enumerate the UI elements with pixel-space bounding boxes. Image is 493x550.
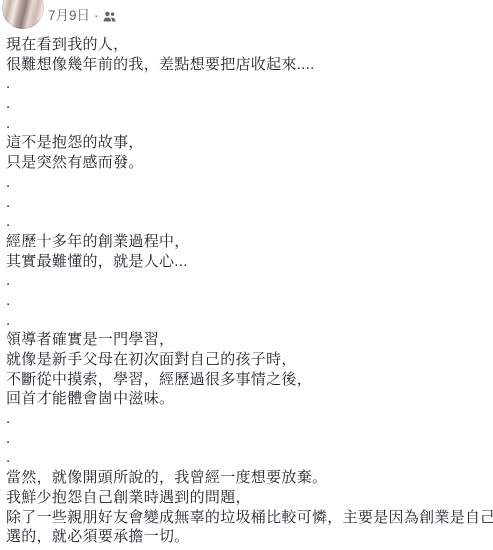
avatar[interactable] [2, 0, 44, 29]
post-text-line: 不斷從中摸索，學習，經歷過很多事情之後， [6, 370, 489, 390]
friends-icon [103, 10, 116, 23]
facebook-post: 7月9日 · 現在看到我的人，很難想像幾年前的我，差點想要把店收起來......… [0, 0, 493, 550]
post-text-line: 當然，就像開頭所說的，我曾經一度想要放棄。 [6, 468, 489, 488]
post-text-line: 這不是抱怨的故事， [6, 133, 489, 153]
post-text-line: 現在看到我的人， [6, 35, 489, 55]
post-text-line: 很難想像幾年前的我，差點想要把店收起來.... [6, 55, 489, 75]
meta-separator: · [94, 7, 99, 24]
post-body: 現在看到我的人，很難想像幾年前的我，差點想要把店收起來.......這不是抱怨的… [6, 35, 489, 547]
post-text-line: 回首才能體會崮中滋味。 [6, 389, 489, 409]
post-text-line: 選的，就必須要承擔一切。 [6, 527, 489, 547]
post-text-line: 只是突然有感而發。 [6, 153, 489, 173]
post-text-line: 除了一些親朋好友會變成無辜的垃圾桶比較可憐，主要是因為創業是自己 [6, 508, 489, 528]
post-text-line: . [6, 448, 489, 468]
post-text-line: . [6, 409, 489, 429]
post-text-line: 其實最難懂的，就是人心... [6, 252, 489, 272]
post-date-link[interactable]: 7月9日 [48, 7, 90, 24]
post-text-line: . [6, 74, 489, 94]
post-text-line: 我鮮少抱怨自己創業時遇到的問題， [6, 488, 489, 508]
post-text-line: . [6, 311, 489, 331]
post-text-line: . [6, 193, 489, 213]
post-text-line: 經歷十多年的創業過程中， [6, 232, 489, 252]
post-text-line: . [6, 271, 489, 291]
post-text-line: . [6, 291, 489, 311]
post-text-line: 就像是新手父母在初次面對自己的孩子時， [6, 350, 489, 370]
post-meta: 7月9日 · [48, 7, 116, 24]
post-text-line: . [6, 94, 489, 114]
post-text-line: . [6, 114, 489, 134]
post-text-line: . [6, 429, 489, 449]
post-text-line: . [6, 173, 489, 193]
post-text-line: 領導者確實是一門學習， [6, 330, 489, 350]
post-text-line: . [6, 212, 489, 232]
